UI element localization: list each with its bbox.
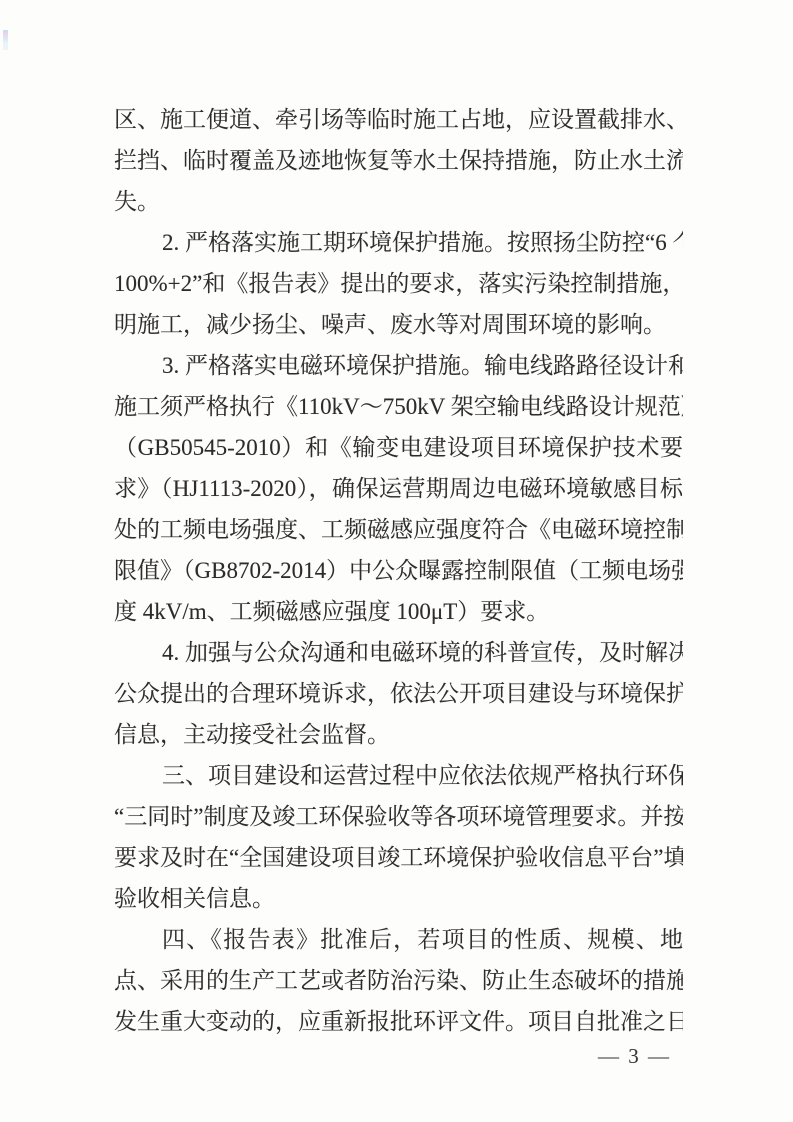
- text-line: 要求及时在“全国建设项目竣工环境保护验收信息平台”填报: [114, 837, 683, 878]
- page-number: — 3 —: [598, 1044, 671, 1069]
- scanned-document-page: 区、施工便道、牵引场等临时施工占地，应设置截排水、拦挡、临时覆盖及迹地恢复等水土…: [0, 0, 793, 1122]
- text-line: 失。: [114, 181, 683, 222]
- text-line: 四、《报告表》批准后，若项目的性质、规模、地: [114, 919, 683, 960]
- text-line: 公众提出的合理环境诉求，依法公开项目建设与环境保护: [114, 673, 683, 714]
- text-line: 求》（HJ1113-2020），确保运营期周边电磁环境敏感目标: [114, 468, 683, 509]
- text-line: 三、项目建设和运营过程中应依法依规严格执行环保: [114, 755, 683, 796]
- text-line: 处的工频电场强度、工频磁感应强度符合《电磁环境控制: [114, 509, 683, 550]
- text-line: 100%+2”和《报告表》提出的要求，落实污染控制措施，文: [114, 263, 683, 304]
- text-line: 3. 严格落实电磁环境保护措施。输电线路路径设计和: [114, 345, 683, 386]
- text-line: 2. 严格落实施工期环境保护措施。按照扬尘防控“6 个: [114, 222, 683, 263]
- text-line: 明施工，减少扬尘、噪声、废水等对周围环境的影响。: [114, 304, 683, 345]
- paragraph: 4. 加强与公众沟通和电磁环境的科普宣传，及时解决公众提出的合理环境诉求，依法公…: [114, 632, 683, 755]
- paragraph: 2. 严格落实施工期环境保护措施。按照扬尘防控“6 个100%+2”和《报告表》…: [114, 222, 683, 345]
- paragraph: 区、施工便道、牵引场等临时施工占地，应设置截排水、拦挡、临时覆盖及迹地恢复等水土…: [114, 99, 683, 222]
- text-line: 4. 加强与公众沟通和电磁环境的科普宣传，及时解决: [114, 632, 683, 673]
- text-line: 区、施工便道、牵引场等临时施工占地，应设置截排水、: [114, 99, 683, 140]
- text-line: 点、采用的生产工艺或者防治污染、防止生态破坏的措施: [114, 960, 683, 1001]
- text-line: 施工须严格执行《110kV～750kV 架空输电线路设计规范》: [114, 386, 683, 427]
- text-line: 信息，主动接受社会监督。: [114, 714, 683, 755]
- paragraph: 四、《报告表》批准后，若项目的性质、规模、地点、采用的生产工艺或者防治污染、防止…: [114, 919, 683, 1042]
- scan-artifact: [3, 30, 8, 50]
- text-line: （GB50545-2010）和《输变电建设项目环境保护技术要: [114, 427, 683, 468]
- document-body: 区、施工便道、牵引场等临时施工占地，应设置截排水、拦挡、临时覆盖及迹地恢复等水土…: [114, 99, 683, 1042]
- text-line: 验收相关信息。: [114, 878, 683, 919]
- text-line: 拦挡、临时覆盖及迹地恢复等水土保持措施，防止水土流: [114, 140, 683, 181]
- text-line: 发生重大变动的，应重新报批环评文件。项目自批准之日: [114, 1001, 683, 1042]
- text-line: 限值》（GB8702-2014）中公众曝露控制限值（工频电场强: [114, 550, 683, 591]
- text-line: “三同时”制度及竣工环保验收等各项环境管理要求。并按照: [114, 796, 683, 837]
- text-line: 度 4kV/m、工频磁感应强度 100μT）要求。: [114, 591, 683, 632]
- paragraph: 3. 严格落实电磁环境保护措施。输电线路路径设计和施工须严格执行《110kV～7…: [114, 345, 683, 632]
- paragraph: 三、项目建设和运营过程中应依法依规严格执行环保“三同时”制度及竣工环保验收等各项…: [114, 755, 683, 919]
